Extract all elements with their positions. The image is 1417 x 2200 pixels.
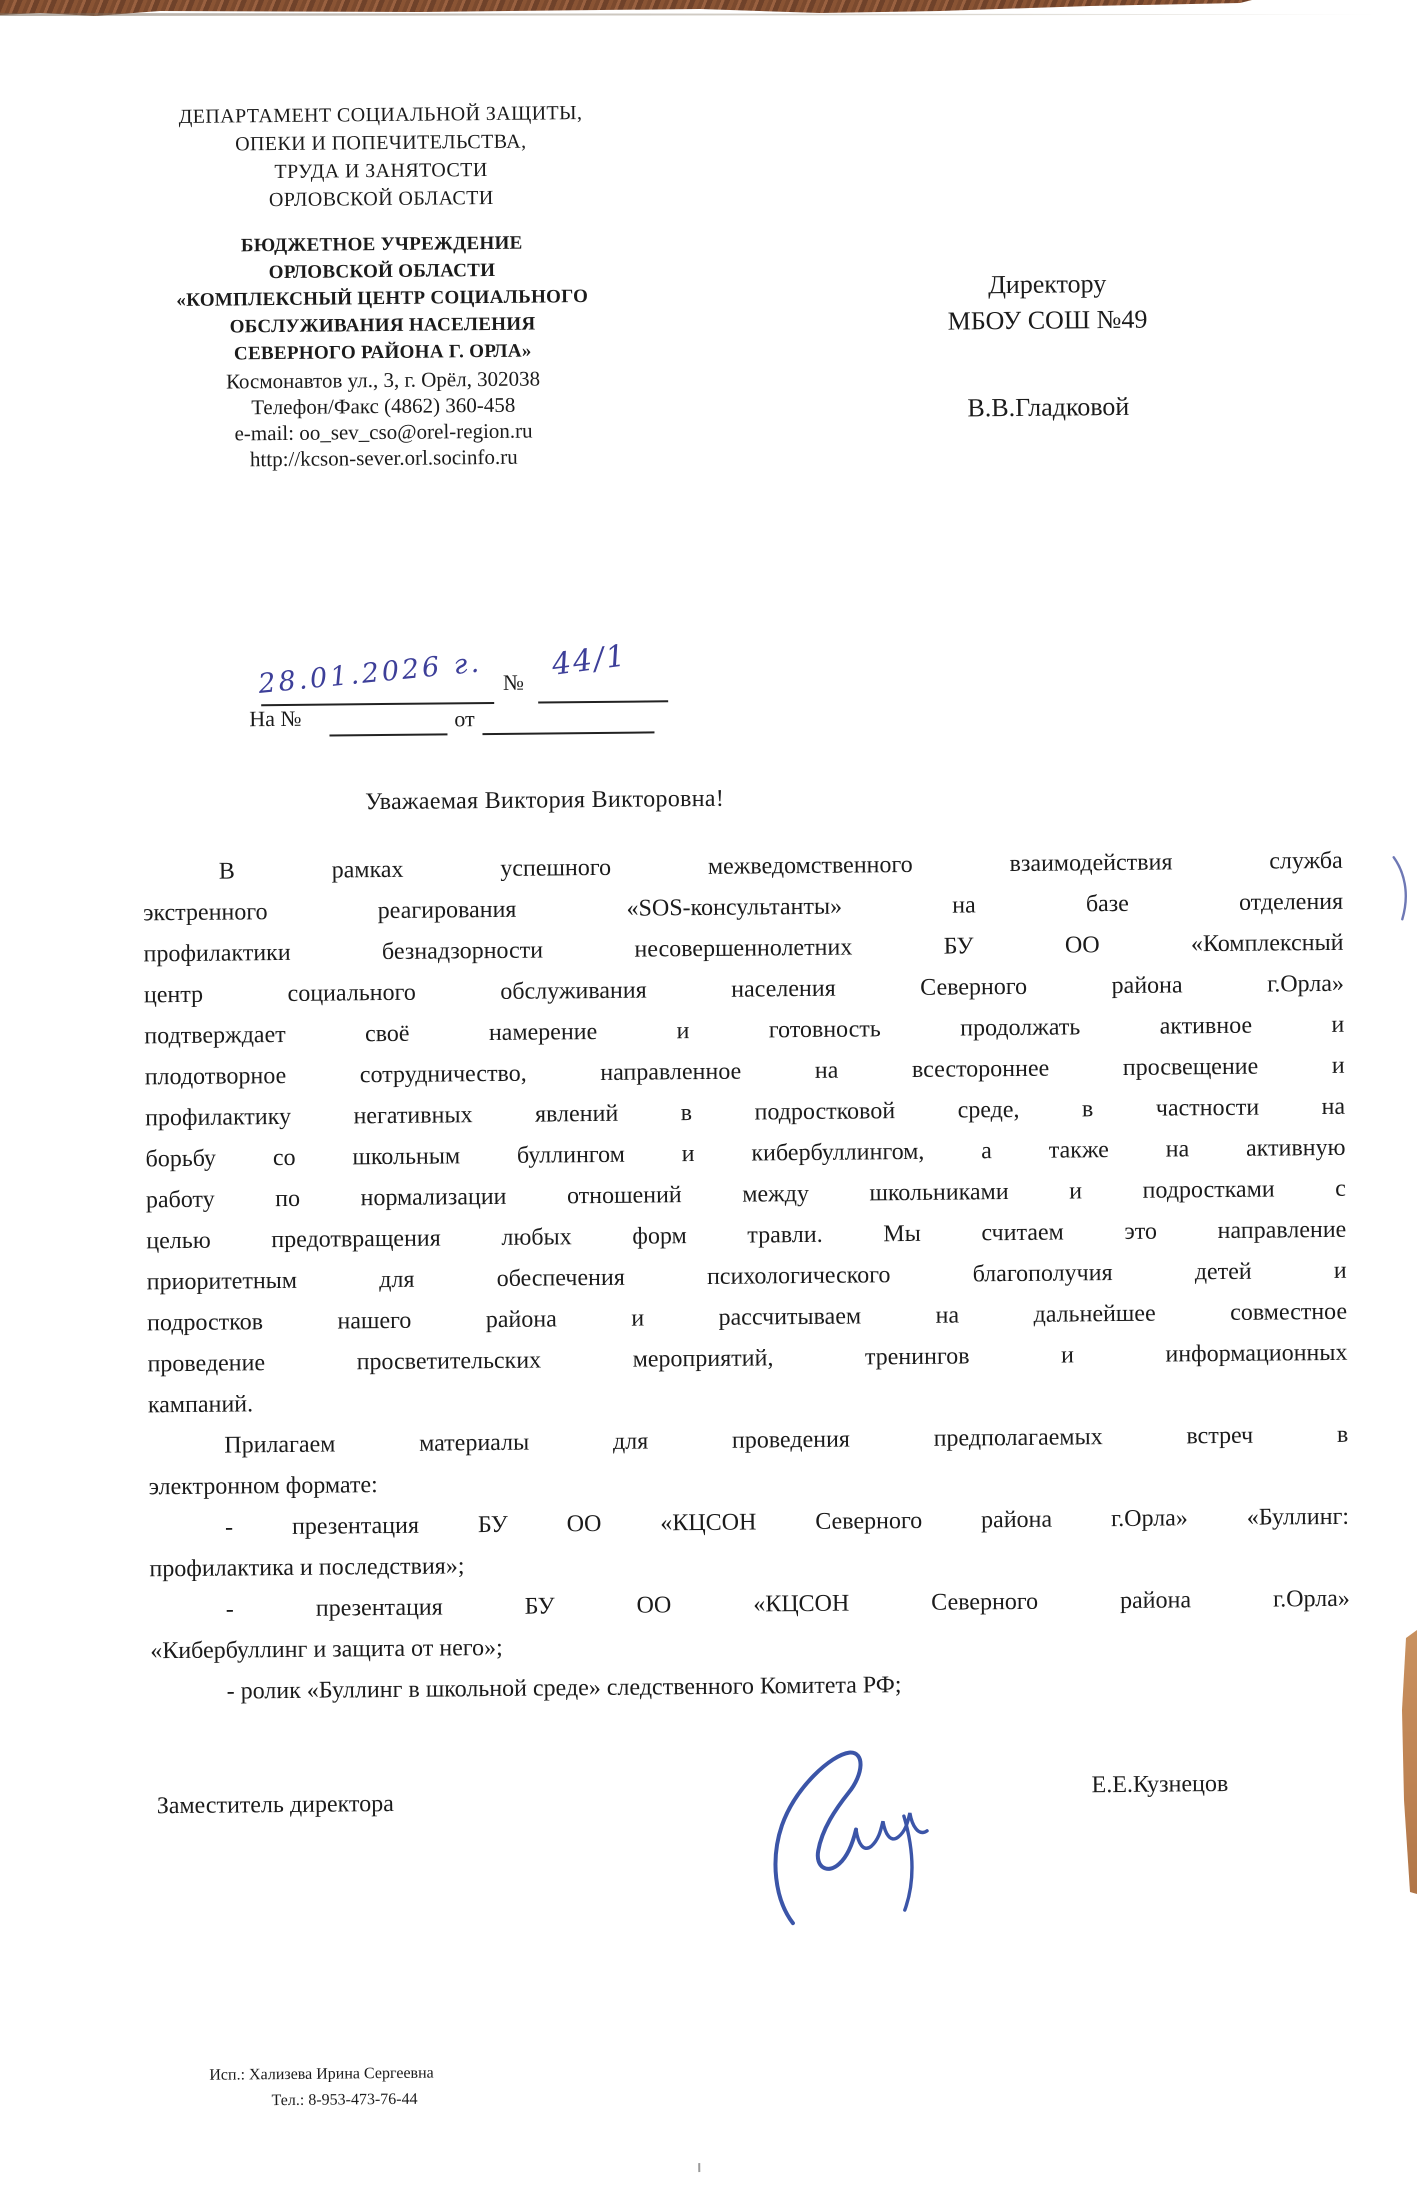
- executor-phone: Тел.: 8-953-473-76-44: [272, 2091, 418, 2110]
- department-line: ДЕПАРТАМЕНТ СОЦИАЛЬНОЙ ЗАЩИТЫ,: [130, 99, 630, 132]
- stray-pen-mark: [1388, 853, 1416, 923]
- salutation: Уважаемая Виктория Викторовна!: [365, 786, 724, 816]
- executor-name: Исп.: Хализева Ирина Сергеевна: [209, 2065, 434, 2085]
- body-lines: В рамках успешного межведомственного вза…: [143, 841, 1351, 1713]
- recipient-block: Директору МБОУ СОШ №49: [877, 265, 1218, 340]
- organization-line: СЕВЕРНОГО РАЙОНА Г. ОРЛА»: [123, 337, 643, 369]
- recipient-title: Директору: [877, 265, 1217, 304]
- signer-position: Заместитель директора: [157, 1791, 394, 1820]
- handwritten-date: 28.01.2026 г.: [257, 647, 483, 700]
- signer-name: Е.Е.Кузнецов: [1091, 1771, 1228, 1799]
- letterhead-organization: БЮДЖЕТНОЕ УЧРЕЖДЕНИЕОРЛОВСКОЙ ОБЛАСТИ«КО…: [122, 229, 643, 369]
- letter-content: ДЕПАРТАМЕНТ СОЦИАЛЬНОЙ ЗАЩИТЫ,ОПЕКИ И ПО…: [0, 0, 1417, 2200]
- reply-number-underline: [329, 733, 447, 736]
- organization-line: «КОМПЛЕКСНЫЙ ЦЕНТР СОЦИАЛЬНОГО: [122, 283, 642, 315]
- reply-from-label: от: [454, 706, 475, 732]
- recipient-name: В.В.Гладковой: [878, 391, 1218, 424]
- reply-to-label: На №: [249, 706, 301, 732]
- recipient-school: МБОУ СОШ №49: [877, 301, 1217, 340]
- number-label: №: [503, 670, 524, 696]
- reply-date-underline: [482, 731, 654, 735]
- handwritten-signature: [751, 1746, 963, 1933]
- contact-line: http://kcson-sever.orl.socinfo.ru: [134, 443, 634, 474]
- scanned-letter-page: { "letterhead": { "department_lines": [ …: [0, 0, 1417, 2200]
- department-line: ОРЛОВСКОЙ ОБЛАСТИ: [131, 183, 631, 216]
- number-underline: [538, 700, 668, 703]
- handwritten-number: 44/1: [550, 638, 629, 683]
- letterhead-contacts: Космонавтов ул., 3, г. Орёл, 302038Телеф…: [133, 365, 634, 474]
- scan-artifact-tick: [698, 2163, 700, 2172]
- letterhead-department: ДЕПАРТАМЕНТ СОЦИАЛЬНОЙ ЗАЩИТЫ,ОПЕКИ И ПО…: [130, 99, 631, 216]
